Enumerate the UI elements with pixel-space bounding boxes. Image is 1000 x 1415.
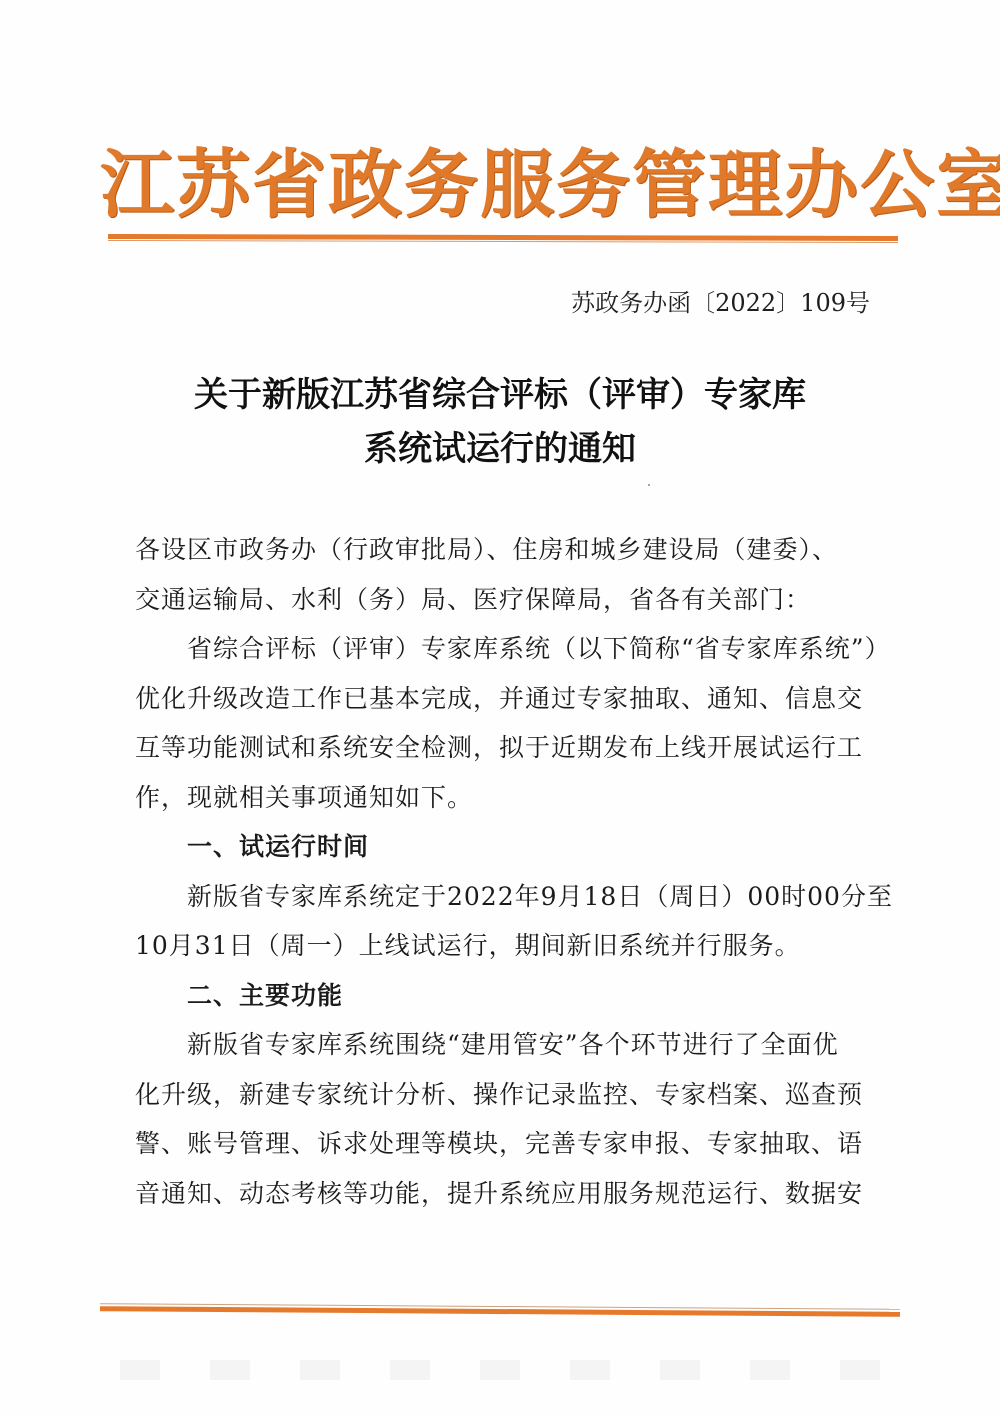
footer-divider-rule <box>100 1306 900 1317</box>
masthead-issuer: 江苏省政务服务管理办公室 <box>100 140 900 230</box>
document-page: 江苏省政务服务管理办公室 苏政务办函〔2022〕109号 关于新版江苏省综合评标… <box>0 0 1000 1415</box>
paragraph-3-line-2: 化升级，新建专家统计分析、操作记录监控、专家档案、巡查预 <box>135 1070 875 1120</box>
paragraph-3-line-4: 音通知、动态考核等功能，提升系统应用服务规范运行、数据安 <box>135 1169 875 1219</box>
masthead-divider-rule <box>108 234 898 241</box>
document-number: 苏政务办函〔2022〕109号 <box>560 285 870 321</box>
bleed-through-ghost-text <box>120 1360 880 1380</box>
document-title: 关于新版江苏省综合评标（评审）专家库 系统试运行的通知 <box>120 368 880 476</box>
addressee-line-2: 交通运输局、水利（务）局、医疗保障局，省各有关部门： <box>135 575 875 625</box>
document-body: 各设区市政务办（行政审批局）、住房和城乡建设局（建委）、 交通运输局、水利（务）… <box>135 525 875 1218</box>
addressee-line-1: 各设区市政务办（行政审批局）、住房和城乡建设局（建委）、 <box>135 525 875 575</box>
paragraph-3-line-3: 警、账号管理、诉求处理等模块，完善专家申报、专家抽取、语 <box>135 1119 875 1169</box>
paragraph-1-line-4: 作，现就相关事项通知如下。 <box>135 773 875 823</box>
paragraph-2-line-2: 10月31日（周一）上线试运行，期间新旧系统并行服务。 <box>135 921 875 971</box>
section-heading-1: 一、试运行时间 <box>135 822 875 872</box>
title-line-2: 系统试运行的通知 <box>120 422 880 476</box>
paragraph-1-line-2: 优化升级改造工作已基本完成，并通过专家抽取、通知、信息交 <box>135 674 875 724</box>
section-heading-2: 二、主要功能 <box>135 971 875 1021</box>
title-line-1: 关于新版江苏省综合评标（评审）专家库 <box>120 368 880 422</box>
paragraph-3-line-1: 新版省专家库系统围绕“建用管安”各个环节进行了全面优 <box>135 1020 875 1070</box>
scan-speck <box>648 484 650 486</box>
paragraph-1-line-3: 互等功能测试和系统安全检测，拟于近期发布上线开展试运行工 <box>135 723 875 773</box>
paragraph-1-line-1: 省综合评标（评审）专家库系统（以下简称“省专家库系统”） <box>135 624 875 674</box>
paragraph-2-line-1: 新版省专家库系统定于2022年9月18日（周日）00时00分至 <box>135 872 875 922</box>
